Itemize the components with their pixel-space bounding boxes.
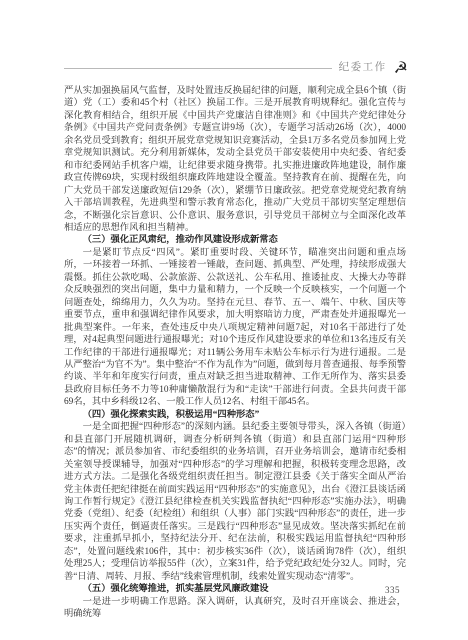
document-page: 纪委工作 ☭ 严从实加强换届风气监督，及时处置违反换届纪律的问题，顺利完成全县6… [0, 0, 468, 640]
paragraph-section-5: 一是进一步明确工作思路。深入调研，认真研究，及时召开座谈会、推进会，明确统筹 [64, 596, 406, 621]
body-text-block: 严从实加强换届风气监督，及时处置违反换届纪律的问题，顺利完成全县6个镇（街道）党… [64, 85, 406, 620]
heading-section-3: （三）强化正风肃纪，推动作风建设形成新常态 [64, 234, 406, 246]
section-title: 纪委工作 [339, 59, 387, 77]
page-header: 纪委工作 ☭ [64, 59, 408, 77]
paragraph-section-4: 一是全面把握“四种形态”的深刻内涵。县纪委主要领导带头，深入各镇（街道）和县直部… [64, 421, 406, 583]
heading-section-4: （四）强化探索实践，积极运用“四种形态” [64, 409, 406, 421]
header-rule [64, 68, 332, 69]
heading-section-5: （五）强化统筹推进，抓实基层党风廉政建设 [64, 583, 406, 595]
page-number: 335 [385, 585, 400, 595]
paragraph-section-3: 一是紧盯节点反“四风”。紧盯重要时段、关键环节，瞄准突出问题和重点场所，一环接着… [64, 247, 406, 409]
paragraph-continuation: 严从实加强换届风气监督，及时处置违反换届纪律的问题，顺利完成全县6个镇（街道）党… [64, 85, 406, 234]
party-emblem-icon: ☭ [394, 60, 408, 76]
